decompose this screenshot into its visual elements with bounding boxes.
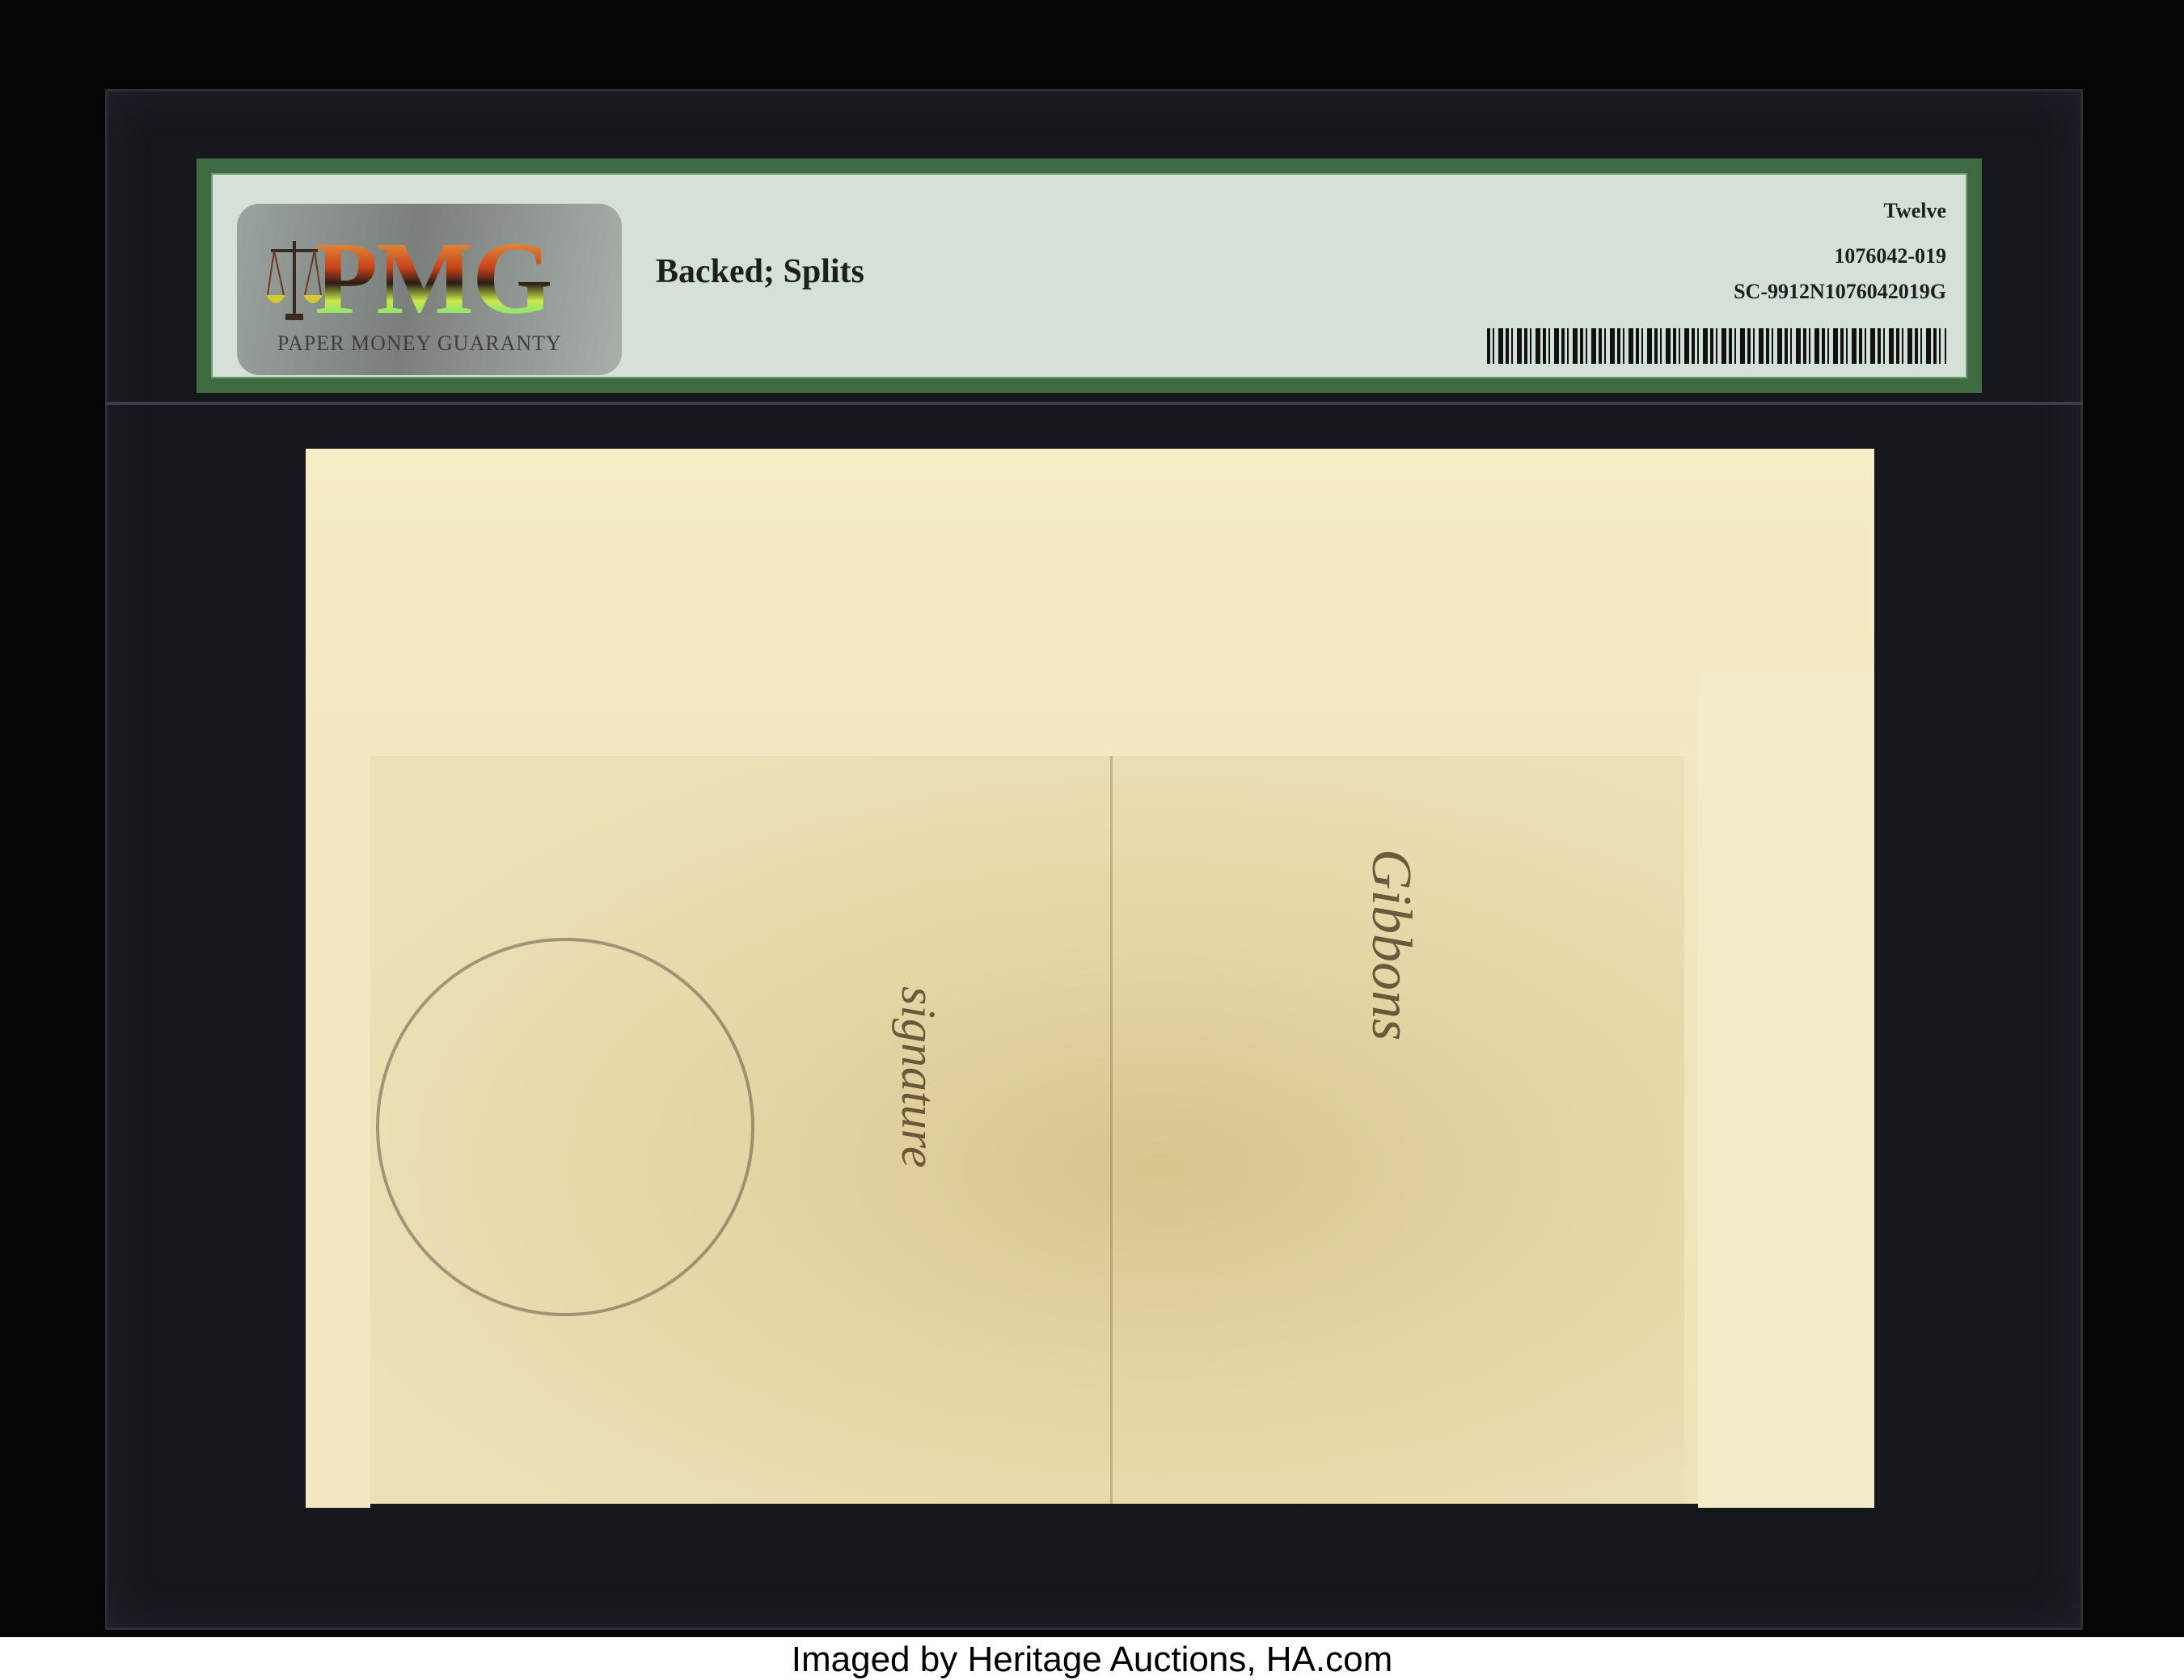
grade-comments: Backed; Splits bbox=[656, 252, 864, 291]
barcode-icon bbox=[1487, 328, 1946, 364]
backing-left-edge bbox=[306, 756, 370, 1508]
cert-number: 1076042-019 bbox=[1734, 244, 1946, 268]
pmg-label: PMG PAPER MONEY GUARANTY Backed; Splits … bbox=[196, 158, 1982, 393]
center-split bbox=[1110, 756, 1113, 1504]
label-details: Twelve 1076042-019 SC-9912N1076042019G bbox=[1734, 199, 1946, 304]
backing-right-edge bbox=[1698, 671, 1874, 1508]
image-credit: Imaged by Heritage Auctions, HA.com bbox=[0, 1640, 2184, 1680]
handwritten-signature: signature bbox=[890, 986, 946, 1167]
barcode-text: SC-9912N1076042019G bbox=[1734, 280, 1946, 304]
denomination: Twelve bbox=[1734, 199, 1946, 223]
pmg-tagline: PAPER MONEY GUARANTY bbox=[277, 331, 562, 356]
pmg-wordmark: PMG bbox=[315, 226, 551, 330]
photograph: PMG PAPER MONEY GUARANTY Backed; Splits … bbox=[0, 0, 2184, 1637]
seal-impression bbox=[376, 938, 754, 1316]
label-panel: PMG PAPER MONEY GUARANTY Backed; Splits … bbox=[211, 173, 1967, 378]
holder-seam bbox=[105, 402, 2083, 405]
handwritten-signature: Gibbons bbox=[1358, 849, 1423, 1041]
pmg-logo: PMG PAPER MONEY GUARANTY bbox=[237, 204, 622, 375]
